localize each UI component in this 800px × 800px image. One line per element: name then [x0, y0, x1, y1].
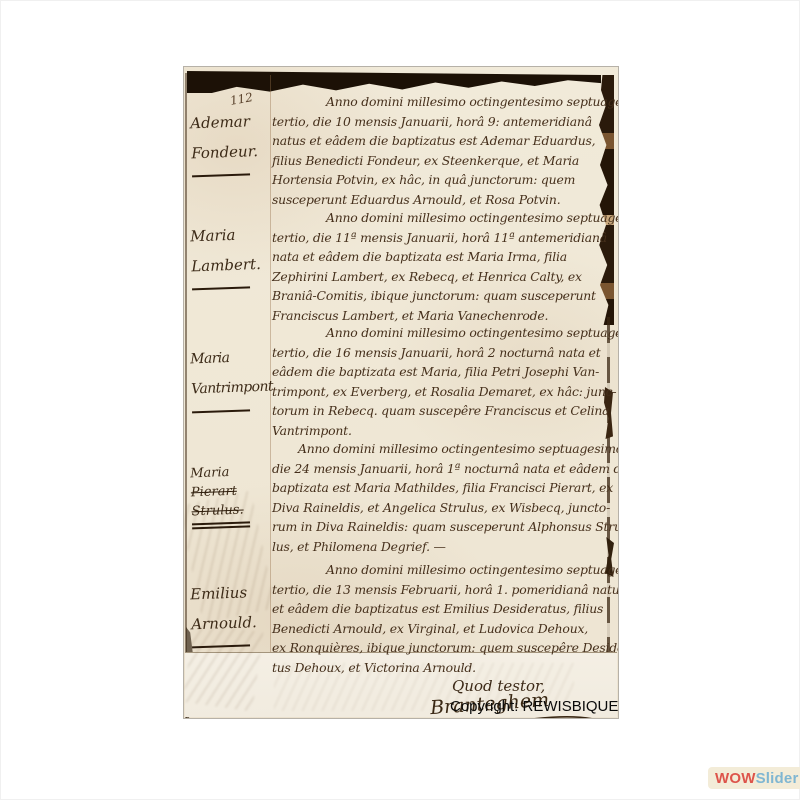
entry-line: torum in Rebecq. quam suscepêre Francisc…	[272, 401, 618, 421]
entry-line: Hortensia Potvin, ex hâc, in quâ junctor…	[272, 170, 618, 190]
entry-line: Anno domini millesimo octingentesimo sep…	[272, 323, 618, 343]
entry-line: filius Benedicti Fondeur, ex Steenkerque…	[272, 151, 618, 171]
entry-line: lus, et Philomena Degrief. —	[272, 537, 619, 557]
margin-name: Ademar	[190, 113, 269, 132]
entry-line: Braniâ-Comitis, ibique junctorum: quam s…	[272, 286, 618, 306]
margin-underline	[192, 409, 250, 413]
baptism-entry: Anno domini millesimo octingentesimo sep…	[272, 208, 618, 325]
entry-line: tertio, die 13 mensis Februarii, horâ 1.…	[272, 580, 618, 600]
margin-name-block: MariaLambert.	[190, 226, 270, 291]
slider-stage: 112 AdemarFondeur. MariaLambert. MariaVa…	[0, 0, 800, 800]
baptism-entry: Anno domini millesimo octingentesimo sep…	[272, 439, 619, 556]
page-left-edge	[185, 73, 187, 718]
wowslider-watermark[interactable]: WOWSlider	[708, 767, 800, 789]
margin-name: Maria	[190, 226, 269, 245]
margin-name: Strulus.	[191, 502, 270, 521]
entry-line: Anno domini millesimo octingentesimo sep…	[272, 439, 619, 459]
margin-name-block: MariaPierartStrulus.	[190, 464, 270, 526]
entry-line: die 24 mensis Januarii, horâ 1ª nocturnâ…	[272, 459, 619, 479]
entry-line: Anno domini millesimo octingentesimo sep…	[272, 92, 618, 112]
margin-name: Emilius	[190, 584, 269, 603]
margin-name: Arnould.	[191, 614, 270, 633]
entry-line: Anno domini millesimo octingentesimo sep…	[272, 560, 618, 580]
wowslider-wow-label: WOW	[715, 770, 756, 787]
baptism-entry: Anno domini millesimo octingentesimo sep…	[272, 323, 618, 440]
entry-line: Anno domini millesimo octingentesimo sep…	[272, 208, 618, 228]
entry-line: Diva Raineldis, et Angelica Strulus, ex …	[272, 498, 619, 518]
entry-line: Benedicti Arnould, ex Virginal, et Ludov…	[272, 619, 618, 639]
entry-line: rum in Diva Raineldis: quam susceperunt …	[272, 517, 619, 537]
entry-line: eâdem die baptizata est Maria, filia Pet…	[272, 362, 618, 382]
entry-line: natus et eâdem die baptizatus est Ademar…	[272, 131, 618, 151]
page-number: 112	[229, 90, 254, 108]
entry-line: tus Dehoux, et Victorina Arnould.	[272, 658, 618, 678]
margin-name-block: EmiliusArnould.	[190, 584, 270, 649]
entry-line: Zephirini Lambert, ex Rebecq, et Henrica…	[272, 267, 618, 287]
margin-name: Pierart	[191, 483, 270, 502]
margin-name: Fondeur.	[191, 143, 270, 162]
baptism-entry: Anno domini millesimo octingentesimo sep…	[272, 560, 618, 677]
baptism-entry: Anno domini millesimo octingentesimo sep…	[272, 92, 618, 209]
margin-underline	[192, 173, 250, 177]
entry-line: trimpont, ex Everberg, et Rosalia Demare…	[272, 382, 618, 402]
wowslider-slider-label: Slider	[756, 770, 799, 787]
entry-line: nata et eâdem die baptizata est Maria Ir…	[272, 247, 618, 267]
copyright-overlay: Copyright: REWISBIQUE	[450, 698, 618, 715]
entry-line: tertio, die 16 mensis Januarii, horâ 2 n…	[272, 343, 618, 363]
entry-line: ex Ronquières, ibique junctorum: quem su…	[272, 638, 618, 658]
margin-underline	[192, 286, 250, 290]
margin-name-block: AdemarFondeur.	[190, 113, 270, 178]
document-scan: 112 AdemarFondeur. MariaLambert. MariaVa…	[183, 66, 619, 719]
entry-line: Vantrimpont.	[272, 421, 618, 441]
margin-name: Maria	[190, 349, 269, 368]
margin-name: Vantrimpont	[191, 379, 270, 398]
entry-line: susceperunt Eduardus Arnould, et Rosa Po…	[272, 190, 618, 210]
margin-rule-line	[270, 75, 271, 655]
entry-line: baptizata est Maria Mathildes, filia Fra…	[272, 478, 619, 498]
margin-name-block: MariaVantrimpont	[190, 349, 270, 414]
entry-line: tertio, die 11ª mensis Januarii, horâ 11…	[272, 228, 618, 248]
margin-name: Maria	[190, 464, 269, 483]
margin-name: Lambert.	[191, 256, 270, 275]
entry-line: et eâdem die baptizatus est Emilius Desi…	[272, 599, 618, 619]
entry-line: tertio, die 10 mensis Januarii, horâ 9: …	[272, 112, 618, 132]
